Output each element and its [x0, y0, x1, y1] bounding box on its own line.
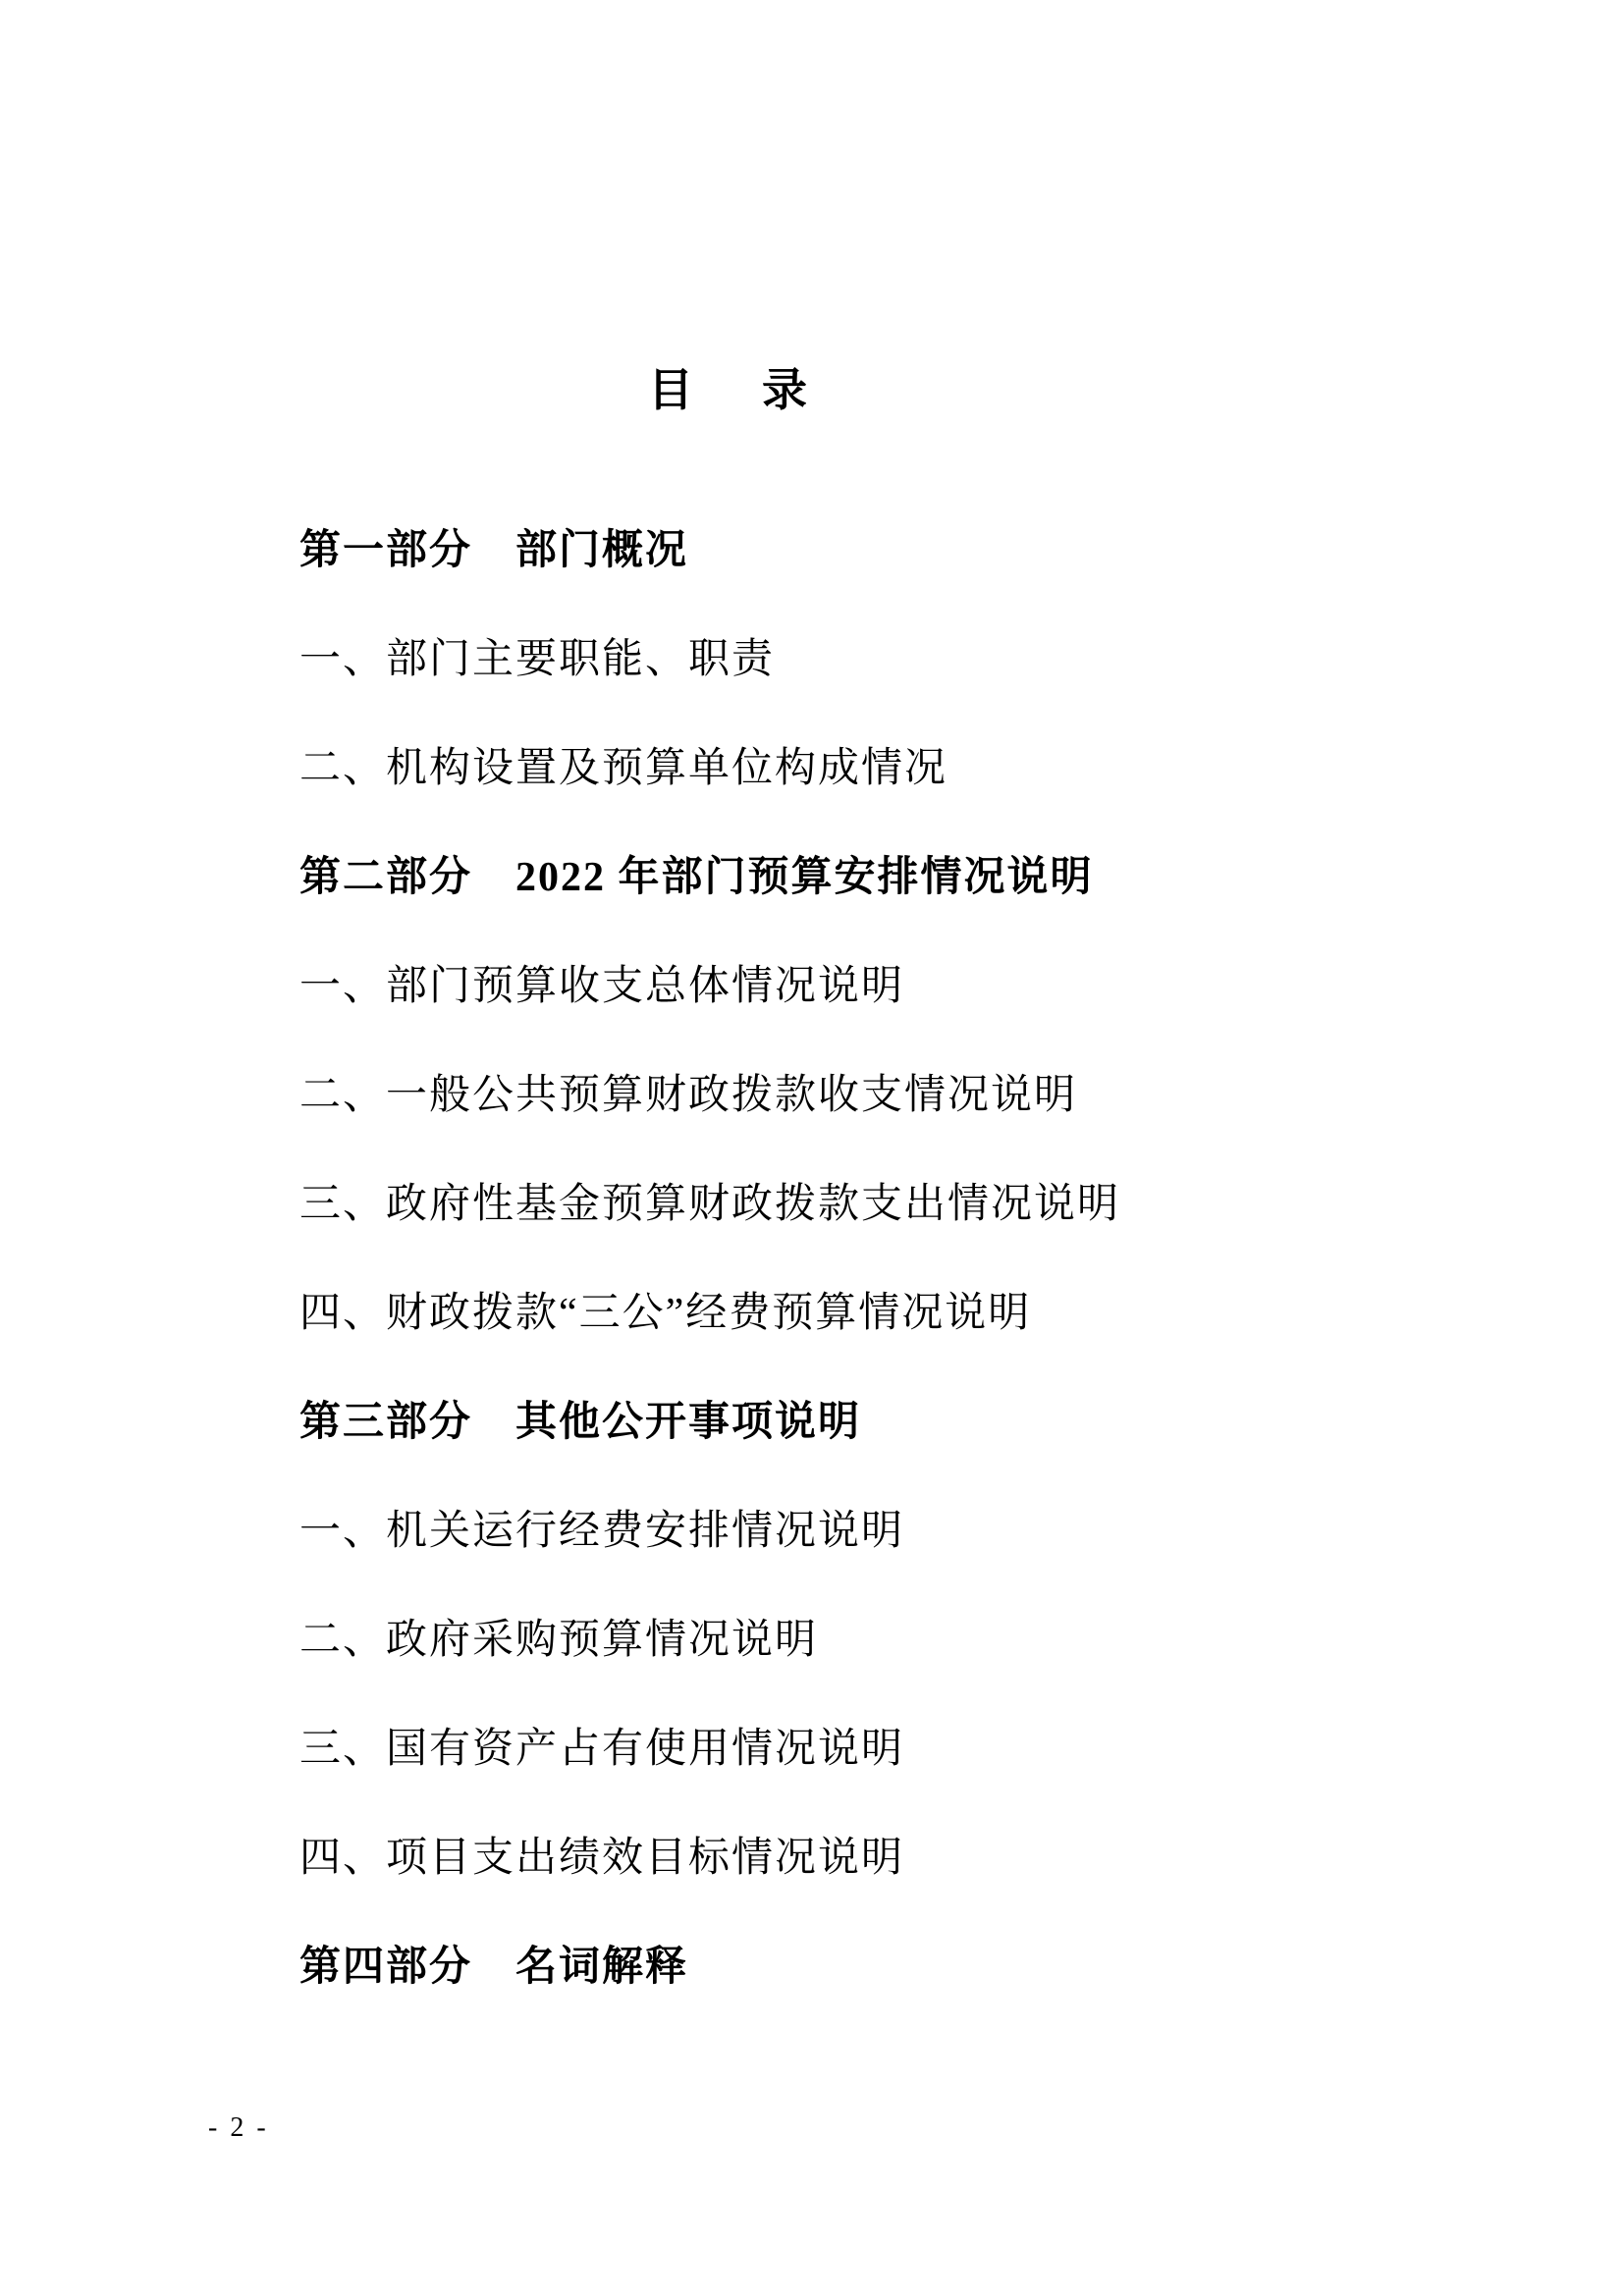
- toc-item: 四、项目支出绩效目标情况说明: [299, 1836, 1380, 1881]
- document-page: 目 录 第一部分 部门概况一、部门主要职能、职责二、机构设置及预算单位构成情况第…: [0, 0, 1624, 2296]
- toc-item: 二、一般公共预算财政拨款收支情况说明: [299, 1073, 1380, 1118]
- toc-part-heading: 第一部分 部门概况: [299, 528, 1380, 573]
- page-number: - 2 -: [208, 2112, 269, 2144]
- page-title: 目 录: [648, 365, 819, 416]
- toc-part-heading: 第二部分 2022 年部门预算安排情况说明: [299, 855, 1380, 900]
- toc-item: 一、部门预算收支总体情况说明: [299, 964, 1380, 1009]
- toc-item: 三、政府性基金预算财政拨款支出情况说明: [299, 1182, 1380, 1227]
- toc-item: 一、机关运行经费安排情况说明: [299, 1509, 1380, 1554]
- toc-part-heading: 第四部分 名词解释: [299, 1945, 1380, 1990]
- toc-item: 三、国有资产占有使用情况说明: [299, 1727, 1380, 1772]
- toc-part-heading: 第三部分 其他公开事项说明: [299, 1400, 1380, 1445]
- toc-item: 一、部门主要职能、职责: [299, 637, 1380, 682]
- toc-item: 二、机构设置及预算单位构成情况: [299, 746, 1380, 791]
- table-of-contents: 第一部分 部门概况一、部门主要职能、职责二、机构设置及预算单位构成情况第二部分 …: [299, 528, 1380, 2054]
- toc-item: 四、财政拨款“三公”经费预算情况说明: [299, 1291, 1380, 1336]
- toc-item: 二、政府采购预算情况说明: [299, 1618, 1380, 1663]
